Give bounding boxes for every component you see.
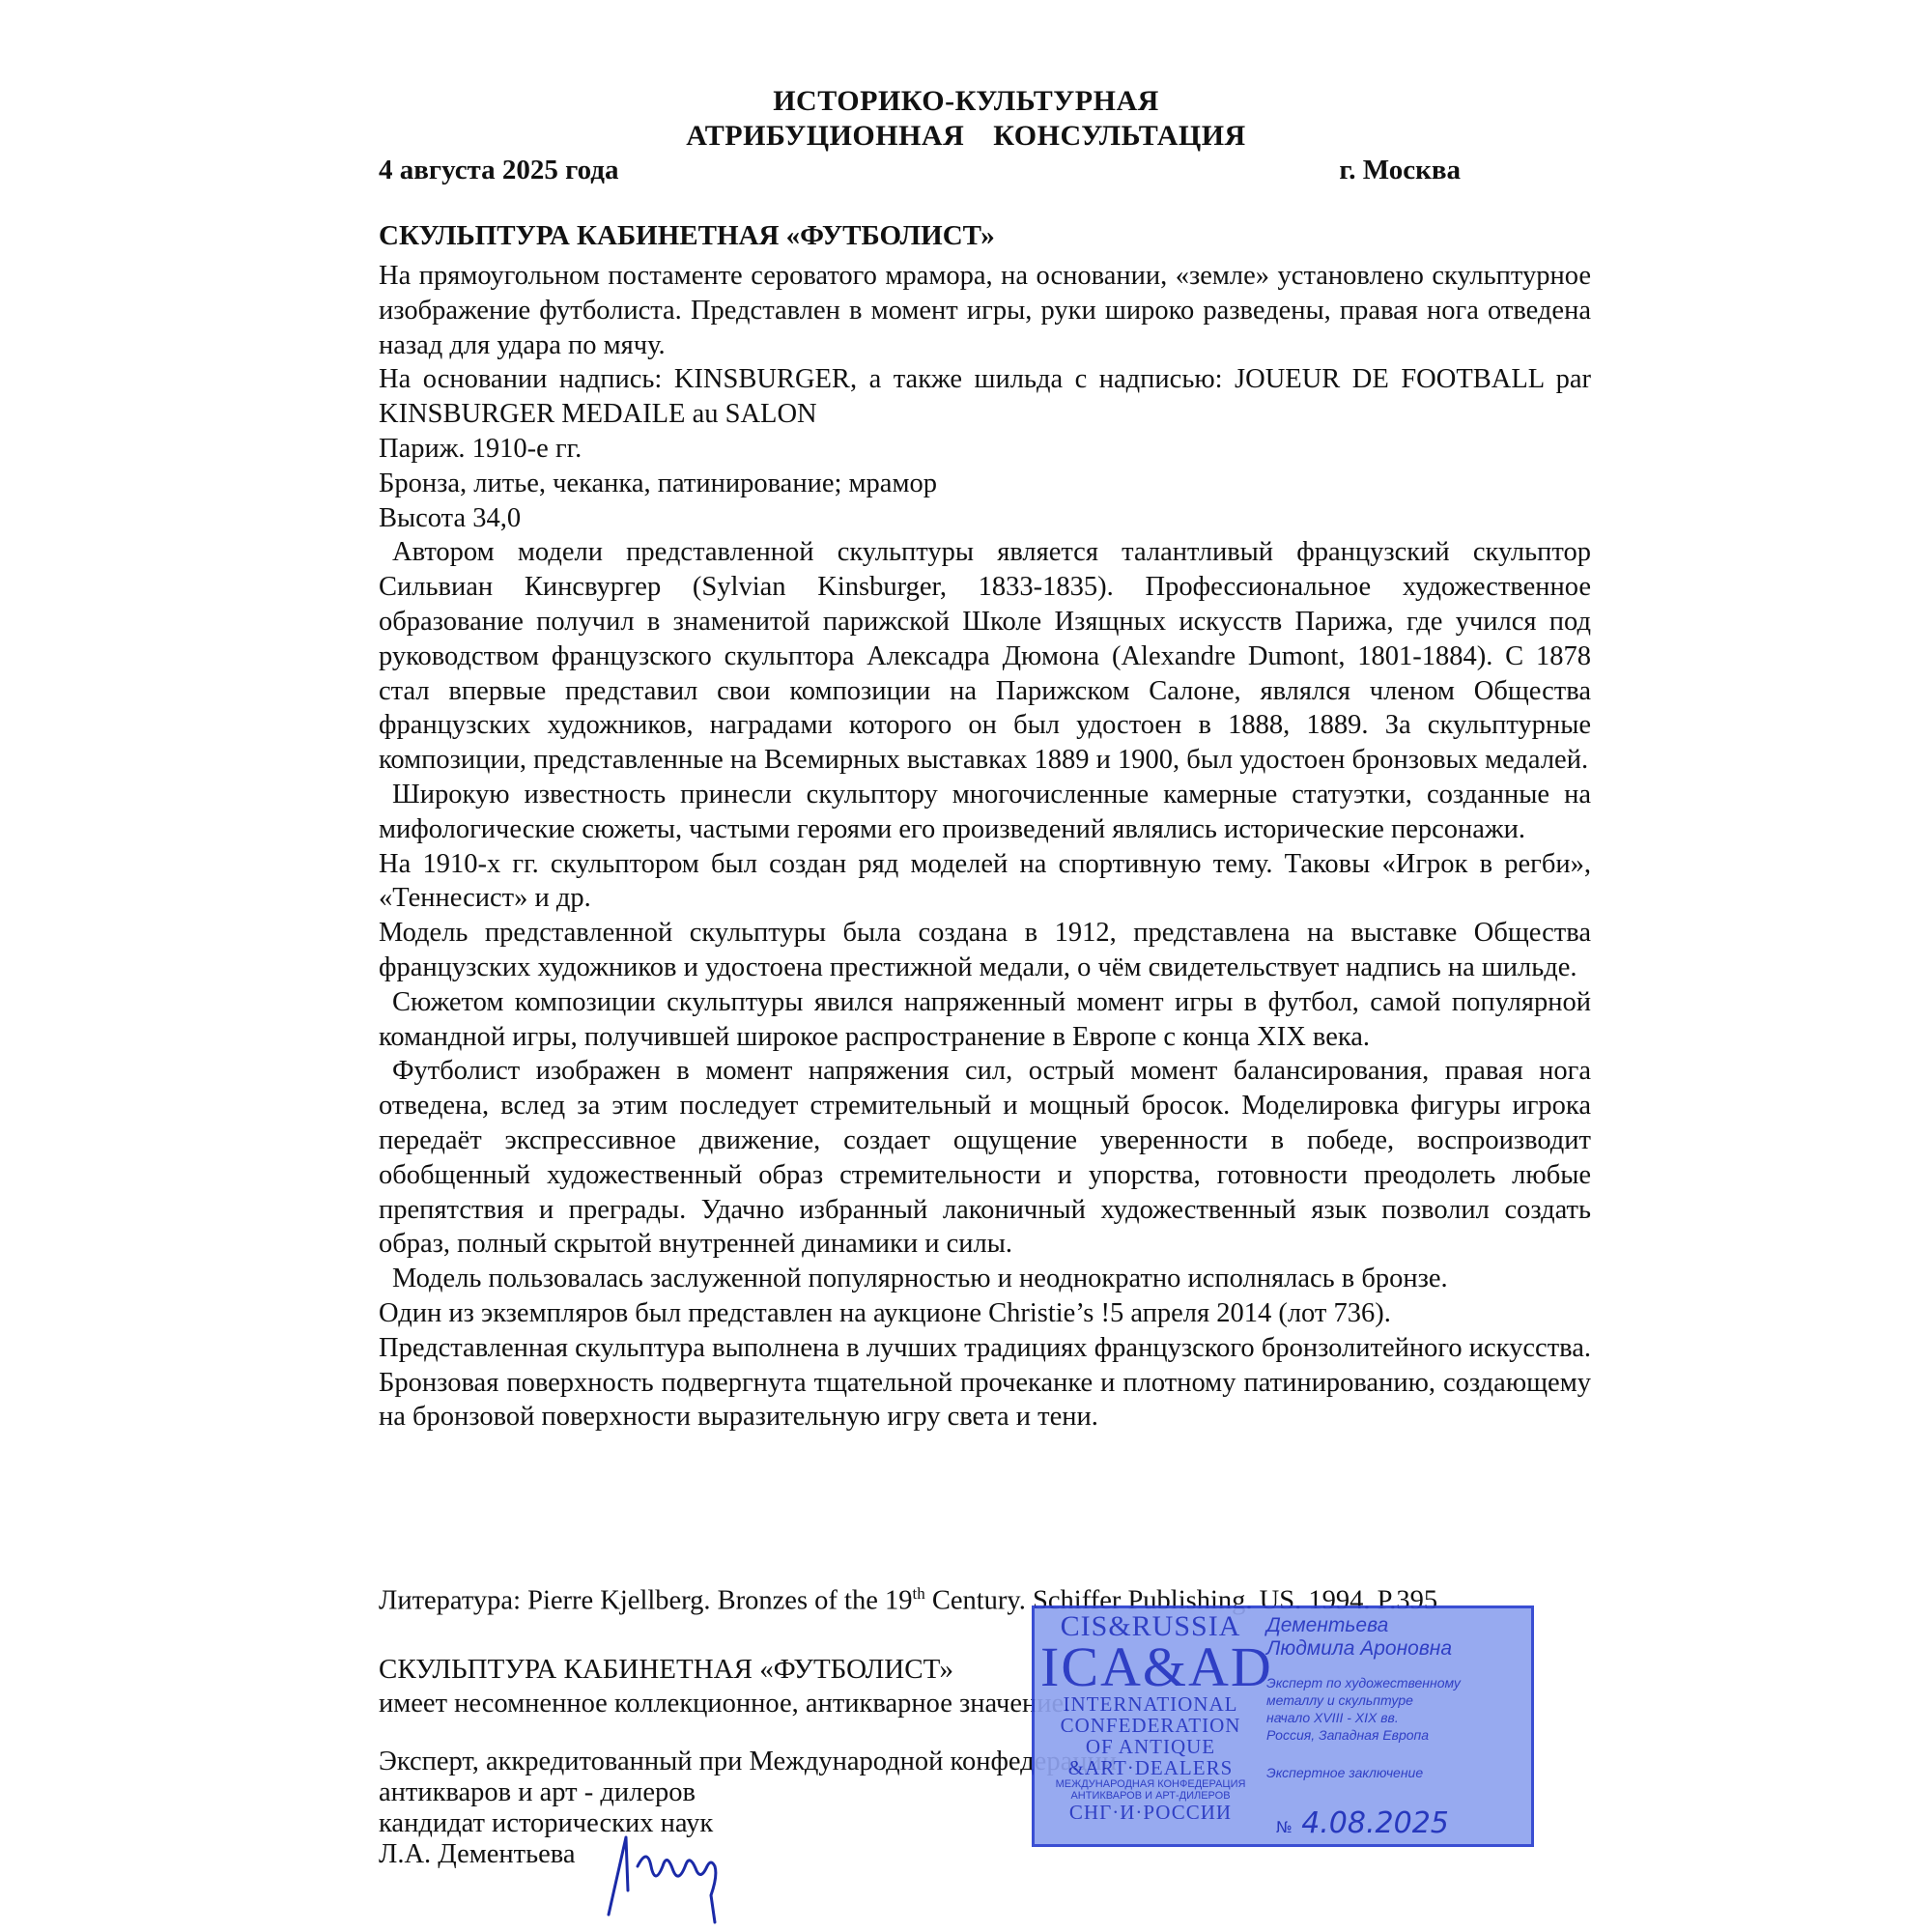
object-description: На прямоугольном постаменте сероватого м… — [379, 259, 1591, 362]
paragraph-author: Автором модели представленной скульптуры… — [379, 535, 1591, 778]
stamp-expert-surname: Дементьева — [1266, 1614, 1527, 1637]
object-inscription: На основании надпись: KINSBURGER, а такж… — [379, 362, 1591, 432]
object-heading: СКУЛЬПТУРА КАБИНЕТНАЯ «ФУТБОЛИСТ» — [379, 220, 995, 252]
stamp-spec-line: Россия, Западная Европа — [1266, 1726, 1527, 1744]
document-date: 4 августа 2025 года — [379, 155, 618, 186]
conclusion: СКУЛЬПТУРА КАБИНЕТНАЯ «ФУТБОЛИСТ» имеет … — [379, 1652, 1070, 1721]
document-title-line1: ИСТОРИКО-КУЛЬТУРНАЯ — [0, 85, 1932, 118]
stamp-org-line: OF ANTIQUE — [1040, 1736, 1261, 1757]
paragraph-quality: Представленная скульптура выполнена в лу… — [379, 1331, 1591, 1435]
object-height: Высота 34,0 — [379, 501, 1591, 536]
signature — [599, 1818, 792, 1924]
date-line: 4 августа 2025 года г. Москва — [379, 155, 1461, 186]
conclusion-object: СКУЛЬПТУРА КАБИНЕТНАЯ «ФУТБОЛИСТ» — [379, 1652, 1070, 1687]
stamp-spec-line: металлу и скульптуре — [1266, 1691, 1527, 1709]
object-materials: Бронза, литье, чеканка, патинирование; м… — [379, 467, 1591, 501]
stamp-spec-line: Эксперт по художественному — [1266, 1674, 1527, 1691]
stamp-specialization: Эксперт по художественному металлу и ску… — [1266, 1674, 1527, 1744]
stamp-org-logo: ICA&AD — [1040, 1641, 1261, 1693]
stamp-date-value: 4.08.2025 — [1301, 1806, 1449, 1840]
stamp-organization: CIS&RUSSIA ICA&AD INTERNATIONAL CONFEDER… — [1040, 1612, 1261, 1823]
document-city: г. Москва — [1339, 155, 1461, 186]
paragraph-popularity: Модель пользовалась заслуженной популярн… — [379, 1262, 1591, 1296]
stamp-org-line: &ART·DEALERS — [1040, 1757, 1261, 1778]
paragraph-sport-models: На 1910-х гг. скульптором был создан ряд… — [379, 847, 1591, 917]
literature-sup: th — [912, 1584, 924, 1603]
paragraph-subject: Сюжетом композиции скульптуры явился нап… — [379, 985, 1591, 1055]
stamp-org-line: INTERNATIONAL — [1040, 1693, 1261, 1715]
stamp-org-ru: МЕЖДУНАРОДНАЯ КОНФЕДЕРАЦИЯ — [1040, 1778, 1261, 1790]
literature-text: Литература: Pierre Kjellberg. Bronzes of… — [379, 1586, 912, 1616]
stamp-handwritten-date: № 4.08.2025 — [1276, 1806, 1449, 1840]
stamp-conclusion-label: Экспертное заключение — [1266, 1765, 1527, 1780]
paragraph-fame: Широкую известность принесли скульптору … — [379, 778, 1591, 847]
document-title-line2: АТРИБУЦИОННАЯ КОНСУЛЬТАЦИЯ — [0, 120, 1932, 153]
expert-accreditation: Эксперт, аккредитованный при Международн… — [379, 1747, 1117, 1777]
paragraph-auction: Один из экземпляров был представлен на а… — [379, 1296, 1591, 1331]
stamp-number-label: № — [1276, 1818, 1293, 1836]
stamp-spec-line: начало XVIII - XIX вв. — [1266, 1709, 1527, 1726]
paragraph-model-date: Модель представленной скульптуры была со… — [379, 916, 1591, 985]
stamp-expert-info: Дементьева Людмила Ароновна Эксперт по х… — [1266, 1614, 1527, 1780]
stamp-org-ru: СНГ·И·РОССИИ — [1040, 1802, 1261, 1823]
expert-accreditation-cont: антикваров и арт - дилеров — [379, 1777, 1117, 1808]
paragraph-figure: Футболист изображен в момент напряжения … — [379, 1054, 1591, 1262]
stamp-org-line: CONFEDERATION — [1040, 1715, 1261, 1736]
stamp-expert-name: Людмила Ароновна — [1266, 1637, 1527, 1661]
document-page: ИСТОРИКО-КУЛЬТУРНАЯ АТРИБУЦИОННАЯ КОНСУЛ… — [0, 0, 1932, 1932]
document-body: На прямоугольном постаменте сероватого м… — [379, 259, 1591, 1435]
conclusion-statement: имеет несомненное коллекционное, антиква… — [379, 1687, 1070, 1721]
object-place-date: Париж. 1910-е гг. — [379, 432, 1591, 467]
expert-stamp: CIS&RUSSIA ICA&AD INTERNATIONAL CONFEDER… — [1032, 1605, 1534, 1847]
